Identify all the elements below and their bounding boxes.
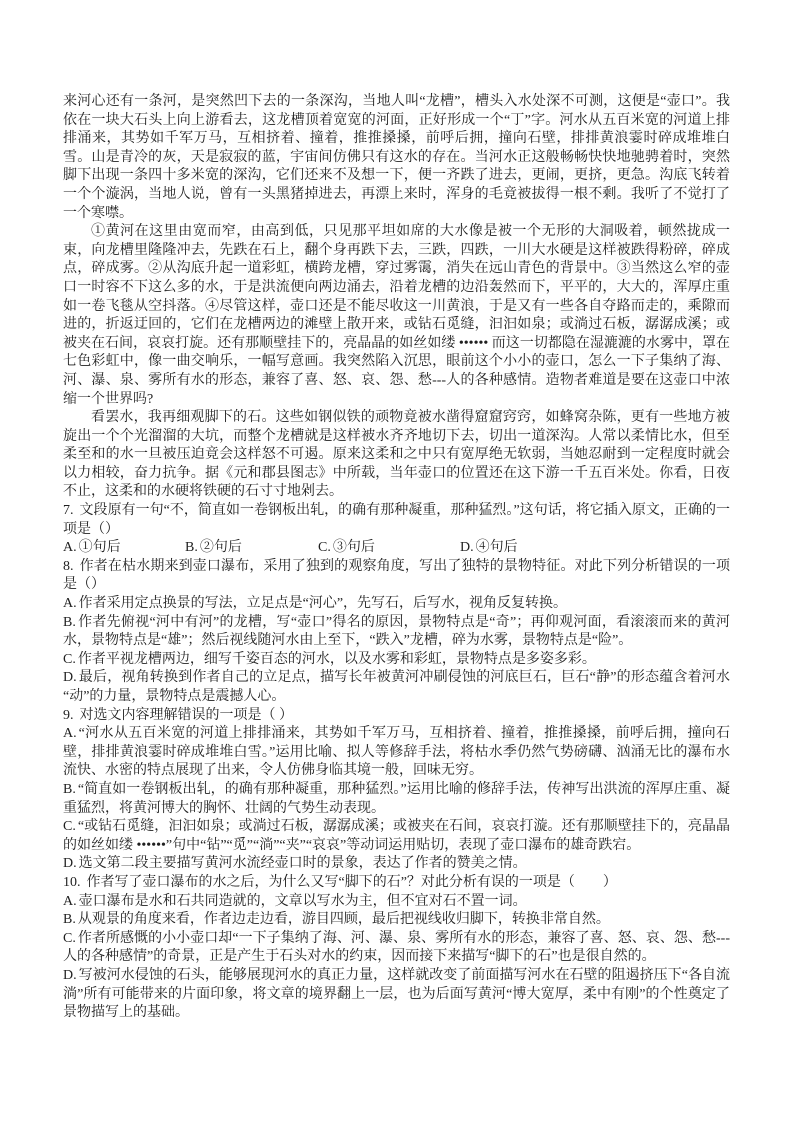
option-text: 作者先俯视“河中有河”的龙槽，写“壶口”得名的原因，景物特点是“奇”；再仰观河面… [63,615,730,649]
question-9-stem: 9.对选文内容理解错误的一项是（ ） [63,707,730,726]
option-key: A. [63,596,77,611]
option-key: B. [63,615,76,630]
question-9-option-b: B.“简直如一卷钢板出轧，的确有那种凝重，那种猛烈。”运用比喻的修辞手法，传神写… [63,781,730,818]
option-key: A. [63,726,77,741]
question-9-option-a: A.“河水从五百米宽的河道上排排涌来，其势如千军万马，互相挤着、撞着，推推搡搡，… [63,725,730,781]
question-7-stem: 7.文段原有一句“不，简直如一卷钢板出轧，的确有那种凝重，那种猛烈。”这句话，将… [63,502,730,539]
option-key: B. [63,912,76,927]
passage-paragraph-2: ①黄河在这里由宽而窄，由高到低，只见那平坦如席的大水像是被一个无形的大洞吸着，顿… [63,223,730,409]
question-10-option-b: B.从观景的角度来看，作者边走边看，游目四顾，最后把视线收归脚下，转换非常自然。 [63,911,730,930]
option-text: ③句后 [333,540,375,555]
question-8-option-c: C.作者平视龙槽两边，细写千姿百态的河水，以及水雾和彩虹，景物特点是多姿多彩。 [63,651,730,670]
question-9-text: 对选文内容理解错误的一项是（ ） [80,708,294,723]
question-7-options: A.①句后 B.②句后 C.③句后 D.④句后 [63,539,730,558]
option-key: A. [63,540,77,555]
option-key: C. [318,540,331,555]
question-7-number: 7. [63,503,74,518]
question-10-number: 10. [63,875,81,890]
option-text: 从观景的角度来看，作者边走边看，游目四顾，最后把视线收归脚下，转换非常自然。 [78,912,610,927]
option-key: C. [63,931,76,946]
question-7-option-a: A.①句后 [63,539,185,558]
option-key: D. [63,968,77,983]
option-text: “河水从五百米宽的河道上排排涌来，其势如千军万马，互相挤着、撞着，推推搡搡，前呼… [63,726,730,778]
option-text: 写被河水侵蚀的石头，能够展现河水的真正力量，这样就改变了前面描写河水在石壁的阻遏… [63,968,730,1020]
question-10-option-d: D.写被河水侵蚀的石头，能够展现河水的真正力量，这样就改变了前面描写河水在石壁的… [63,967,730,1023]
option-key: C. [63,819,76,834]
question-8-number: 8. [63,559,74,574]
option-text: ①句后 [79,540,121,555]
option-text: 作者平视龙槽两边，细写千姿百态的河水，以及水雾和彩虹，景物特点是多姿多彩。 [78,652,596,667]
option-key: D. [63,856,77,871]
question-7-option-b: B.②句后 [185,539,318,558]
question-7-option-d: D.④句后 [460,539,730,558]
option-key: B. [63,782,76,797]
option-text: 作者采用定点换景的写法，立足点是“河心”，先写石，后写水，视角反复转换。 [79,596,567,611]
option-text: “或钻石觅缝，汩汩如泉；或淌过石板，潺潺成溪；或被夹在石间，哀哀打漩。还有那顺壁… [63,819,730,853]
option-text: 最后，视角转换到作者自己的立足点，描写长年被黄河冲刷侵蚀的河底巨石，巨石“静”的… [63,670,730,704]
question-8-option-a: A.作者采用定点换景的写法，立足点是“河心”，先写石，后写水，视角反复转换。 [63,595,730,614]
option-text: 壶口瀑布是水和石共同造就的，文章以写水为主，但不宜对石不置一词。 [79,894,527,909]
option-key: D. [460,540,474,555]
question-8-option-d: D.最后，视角转换到作者自己的立足点，描写长年被黄河冲刷侵蚀的河底巨石，巨石“静… [63,669,730,706]
option-text: 选文第二段主要描写黄河水流经壶口时的景象，表达了作者的赞美之情。 [79,856,527,871]
passage-paragraph-3: 看罢水，我再细观脚下的石。这些如钢似铁的顽物竟被水凿得窟窟窍窍，如蜂窝杂陈，更有… [63,409,730,502]
question-8-text: 作者在枯水期来到壶口瀑布，采用了独到的观察角度，写出了独特的景物特征。对此下列分… [63,559,730,593]
question-10-option-c: C.作者所感慨的小小壶口却“一下子集纳了海、河、瀑、泉、雾所有水的形态，兼容了喜… [63,930,730,967]
option-key: A. [63,894,77,909]
passage-paragraph-1: 来河心还有一条河，是突然凹下去的一条深沟，当地人叫“龙槽”，槽头入水处深不可测，… [63,93,730,223]
question-8-stem: 8.作者在枯水期来到壶口瀑布，采用了独到的观察角度，写出了独特的景物特征。对此下… [63,558,730,595]
option-key: B. [185,540,198,555]
option-key: C. [63,652,76,667]
question-9-option-c: C.“或钻石觅缝，汩汩如泉；或淌过石板，潺潺成溪；或被夹在石间，哀哀打漩。还有那… [63,818,730,855]
option-key: D. [63,670,77,685]
option-text: ②句后 [200,540,242,555]
question-10-stem: 10.作者写了壶口瀑布的水之后，为什么又写“脚下的石”？对此分析有误的一项是（ … [63,874,730,893]
question-7-option-c: C.③句后 [318,539,460,558]
option-text: “简直如一卷钢板出轧，的确有那种凝重，那种猛烈。”运用比喻的修辞手法，传神写出洪… [63,782,730,816]
question-10-option-a: A.壶口瀑布是水和石共同造就的，文章以写水为主，但不宜对石不置一词。 [63,893,730,912]
question-9-number: 9. [63,708,74,723]
document-page: 来河心还有一条河，是突然凹下去的一条深沟，当地人叫“龙槽”，槽头入水处深不可测，… [0,0,793,1122]
question-8-option-b: B.作者先俯视“河中有河”的龙槽，写“壶口”得名的原因，景物特点是“奇”；再仰观… [63,614,730,651]
question-7-text: 文段原有一句“不，简直如一卷钢板出轧，的确有那种凝重，那种猛烈。”这句话，将它插… [63,503,730,537]
question-10-text: 作者写了壶口瀑布的水之后，为什么又写“脚下的石”？对此分析有误的一项是（ ） [87,875,617,890]
question-9-option-d: D.选文第二段主要描写黄河水流经壶口时的景象，表达了作者的赞美之情。 [63,855,730,874]
option-text: 作者所感慨的小小壶口却“一下子集纳了海、河、瀑、泉、雾所有水的形态，兼容了喜、怒… [63,931,730,965]
option-text: ④句后 [476,540,518,555]
